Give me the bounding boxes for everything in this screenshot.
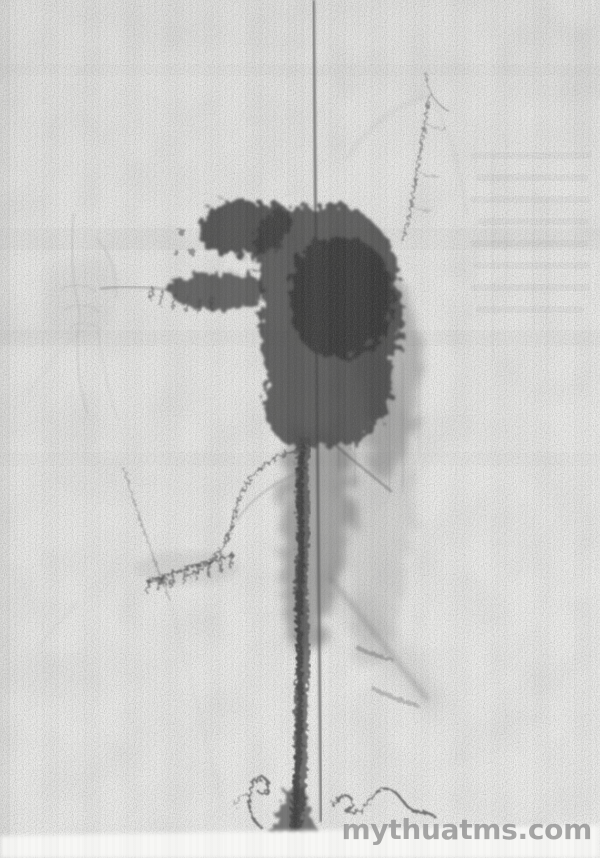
artwork-scan: mythuatms.com xyxy=(0,0,600,858)
sketch-canvas: mythuatms.com xyxy=(0,0,600,858)
film-grain xyxy=(0,0,600,858)
watermark-text: mythuatms.com xyxy=(341,813,592,846)
